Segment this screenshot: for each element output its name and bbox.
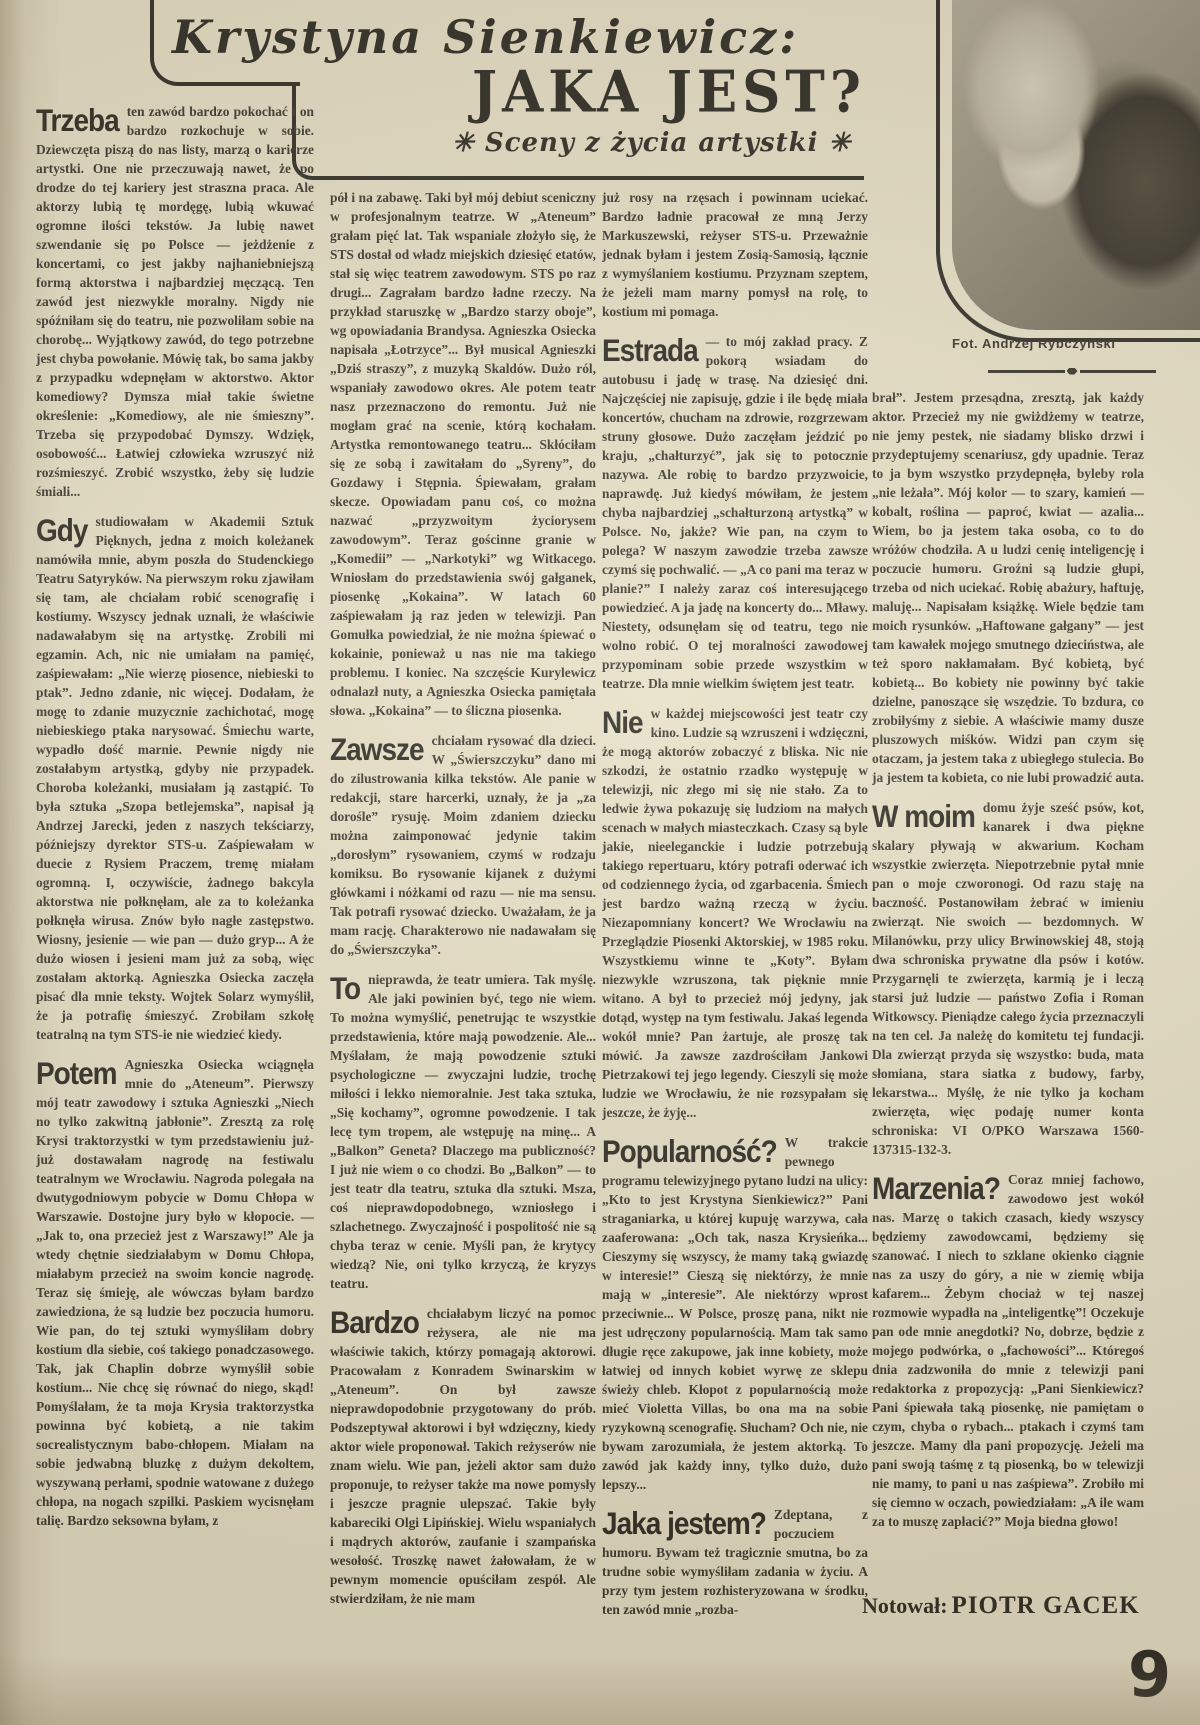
paragraph-continuation: brał”. Jestem przesądna, zresztą, jak ka… xyxy=(872,388,1144,787)
paragraph-text: brał”. Jestem przesądna, zresztą, jak ka… xyxy=(872,390,1144,785)
paragraph-text: Agnieszka Osiecka wciągnęła mnie do „Ate… xyxy=(36,1057,314,1528)
page-number: 9 xyxy=(1128,1638,1171,1711)
photo-caption: Fot. Andrzej Rybczyński xyxy=(952,336,1198,351)
divider-ornament xyxy=(988,366,1156,376)
byline-name: PIOTR GACEK xyxy=(952,1592,1140,1619)
lead-word: Popularność? xyxy=(602,1133,785,1169)
text-column-1: Trzebaten zawód bardzo pokochać i on bar… xyxy=(36,102,314,1627)
paragraph-w-moim: W moimdomu żyje sześć psów, kot, kanarek… xyxy=(872,798,1144,1159)
magazine-page: Krystyna Sienkiewicz: JAKA JEST? ✳ Sceny… xyxy=(0,0,1200,1725)
paragraph-nie: Niew każdej miejscowości jest teatr czy … xyxy=(602,704,868,1122)
paragraph-trzeba: Trzebaten zawód bardzo pokochać i on bar… xyxy=(36,102,314,501)
byline-label: Notował: xyxy=(862,1593,948,1618)
article-kicker: Krystyna Sienkiewicz: xyxy=(172,10,872,64)
divider-line xyxy=(988,370,1065,373)
lead-word: Zawsze xyxy=(330,731,432,767)
text-column-2: pół i na zabawę. Taki był mój debiut sce… xyxy=(330,188,596,1626)
photo-krystyna-sienkiewicz xyxy=(952,0,1200,330)
lead-word: Nie xyxy=(602,704,651,740)
paragraph-text: już rosy na rzęsach i powinnam uciekać. … xyxy=(602,190,868,319)
article-subtitle: ✳ Sceny z życia artystki ✳ xyxy=(452,128,872,158)
paragraph-bardzo: Bardzochciałabym liczyć na pomoc reżyser… xyxy=(330,1304,596,1608)
paragraph-text: W trakcie pewnego programu telewizyjnego… xyxy=(602,1135,868,1492)
paragraph-continuation: już rosy na rzęsach i powinnam uciekać. … xyxy=(602,188,868,321)
paragraph-text: studiowałam w Akademii Sztuk Pięknych, j… xyxy=(36,514,314,1042)
paragraph-potem: PotemAgnieszka Osiecka wciągnęła mnie do… xyxy=(36,1055,314,1530)
divider-line xyxy=(1080,370,1157,373)
lead-word: Potem xyxy=(36,1055,125,1091)
byline: Notował: PIOTR GACEK xyxy=(862,1592,1182,1620)
paragraph-text: w każdej miejscowości jest teatr czy kin… xyxy=(602,706,868,1120)
paragraph-to: Tonieprawda, że teatr umiera. Tak myślę.… xyxy=(330,970,596,1293)
lead-word: W moim xyxy=(872,798,983,834)
paragraph-continuation: pół i na zabawę. Taki był mój debiut sce… xyxy=(330,188,596,720)
diamond-icon xyxy=(1067,368,1078,375)
paragraph-text: pół i na zabawę. Taki był mój debiut sce… xyxy=(330,190,596,718)
text-column-4: brał”. Jestem przesądna, zresztą, jak ka… xyxy=(872,388,1144,1584)
lead-word: Gdy xyxy=(36,512,95,548)
article-title: JAKA JEST? xyxy=(472,64,866,121)
paragraph-marzenia: Marzenia?Coraz mniej fachowo, zawodowo j… xyxy=(872,1170,1144,1531)
paragraph-text: Coraz mniej fachowo, zawodowo jest wokół… xyxy=(872,1172,1144,1529)
paragraph-text: chciałabym liczyć na pomoc reżysera, ale… xyxy=(330,1306,596,1606)
lead-word: To xyxy=(330,970,368,1006)
paragraph-zawsze: Zawszechciałam rysować dla dzieci. W „Św… xyxy=(330,731,596,959)
paragraph-jaka-jestem: Jaka jestem?Zdeptana, z poczuciem humoru… xyxy=(602,1505,868,1619)
lead-word: Jaka jestem? xyxy=(602,1505,774,1541)
paragraph-popularnosc: Popularność?W trakcie pewnego programu t… xyxy=(602,1133,868,1494)
paragraph-gdy: Gdystudiowałam w Akademii Sztuk Pięknych… xyxy=(36,512,314,1044)
lead-word: Trzeba xyxy=(36,102,127,138)
paragraph-text: ten zawód bardzo pokochać i on bardzo ro… xyxy=(36,104,314,499)
lead-word: Estrada xyxy=(602,332,706,368)
paragraph-estrada: Estrada— to mój zakład pracy. Z pokorą w… xyxy=(602,332,868,693)
paragraph-text: — to mój zakład pracy. Z pokorą wsiadam … xyxy=(602,334,868,691)
text-column-3: już rosy na rzęsach i powinnam uciekać. … xyxy=(602,188,868,1626)
lead-word: Marzenia? xyxy=(872,1170,1008,1206)
lead-word: Bardzo xyxy=(330,1304,427,1340)
paragraph-text: domu żyje sześć psów, kot, kanarek i dwa… xyxy=(872,800,1144,1157)
paragraph-text: nieprawda, że teatr umiera. Tak myślę. A… xyxy=(330,972,596,1291)
